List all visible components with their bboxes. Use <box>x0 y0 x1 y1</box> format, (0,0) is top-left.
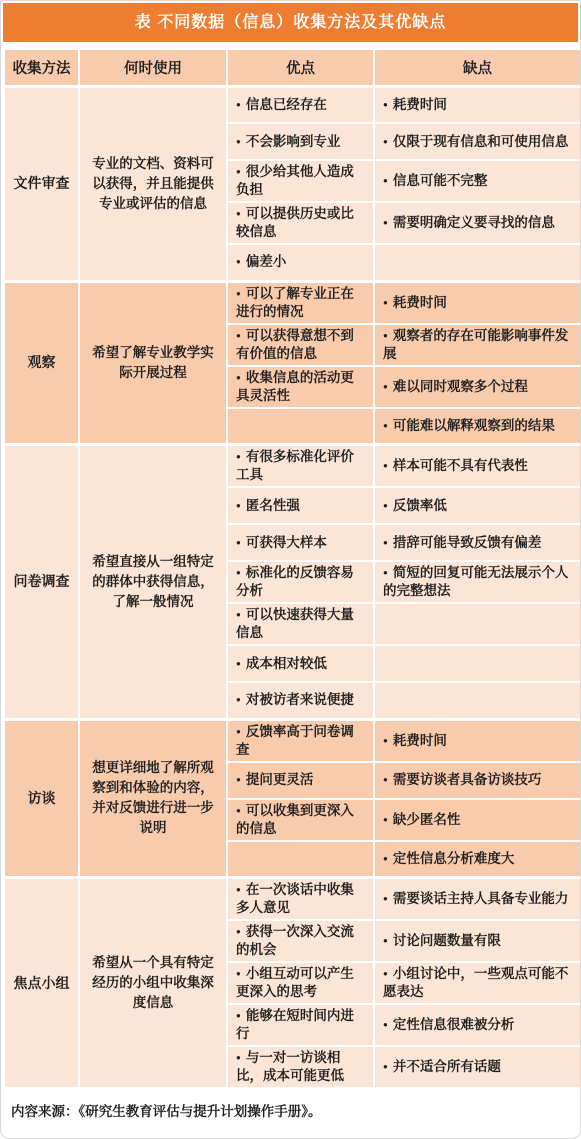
point-text: 有很多标准化评价工具 <box>236 449 354 482</box>
when-to-use-cell: 想更详细地了解所观察到和体验的内容，并对反馈进行进一步说明 <box>79 719 227 878</box>
point-text: 信息可能不完整 <box>393 173 488 188</box>
disadvantage-cell: ●定性信息很难被分析 <box>374 1004 581 1046</box>
disadvantage-cell <box>374 682 581 719</box>
bullet-icon: ● <box>236 253 241 271</box>
bullet-icon: ● <box>236 163 241 181</box>
when-to-use-cell: 希望了解专业教学实际开展过程 <box>79 281 227 445</box>
column-header-when-to-use: 何时使用 <box>79 49 227 86</box>
when-to-use-cell: 希望直接从一组特定的群体中获得信息，了解一般情况 <box>79 445 227 720</box>
point-text: 小组互动可以产生更深入的思考 <box>236 966 354 999</box>
disadvantage-cell: ●信息可能不完整 <box>374 160 581 202</box>
when-to-use-cell: 专业的文档、资料可以获得，并且能提供专业或评估的信息 <box>79 86 227 281</box>
bullet-icon: ● <box>236 96 241 114</box>
bullet-icon: ● <box>236 655 241 673</box>
advantage-cell: ●匿名性强 <box>227 487 374 524</box>
column-header-disadvantages: 缺点 <box>374 49 581 86</box>
advantage-cell: ●与一对一访谈相比，成本可能更低 <box>227 1046 374 1088</box>
when-to-use-cell: 希望从一个具有特定经历的小组中收集深度信息 <box>79 878 227 1089</box>
source-note: 内容来源：《研究生教育评估与提升计划操作手册》。 <box>1 1089 580 1138</box>
method-cell: 观察 <box>4 281 79 445</box>
bullet-icon: ● <box>383 417 388 435</box>
point-text: 并不适合所有话题 <box>393 1059 501 1074</box>
advantage-cell: ●不会影响到专业 <box>227 123 374 160</box>
bullet-icon: ● <box>383 378 388 396</box>
table-row: 文件审查专业的文档、资料可以获得，并且能提供专业或评估的信息●信息已经存在●耗费… <box>4 86 581 123</box>
point-text: 反馈率低 <box>393 498 447 513</box>
bullet-icon: ● <box>236 723 241 741</box>
disadvantage-cell: ●耗费时间 <box>374 86 581 123</box>
disadvantage-cell: ●简短的回复可能无法展示个人的完整想法 <box>374 561 581 603</box>
point-text: 样本可能不具有代表性 <box>393 458 528 473</box>
bullet-icon: ● <box>383 811 388 829</box>
bullet-icon: ● <box>236 923 241 941</box>
bullet-icon: ● <box>236 327 241 345</box>
point-text: 与一对一访谈相比，成本可能更低 <box>236 1050 344 1083</box>
point-text: 收集信息的活动更具灵活性 <box>236 370 354 403</box>
bullet-icon: ● <box>236 802 241 820</box>
point-text: 标准化的反馈容易分析 <box>236 565 354 598</box>
point-text: 很少给其他人造成负担 <box>236 164 354 197</box>
bullet-icon: ● <box>236 691 241 709</box>
bullet-icon: ● <box>383 534 388 552</box>
disadvantage-cell: ●定性信息分析难度大 <box>374 841 581 878</box>
method-cell: 访谈 <box>4 719 79 878</box>
point-text: 需要访谈者具备访谈技巧 <box>393 772 542 787</box>
bullet-icon: ● <box>383 771 388 789</box>
bullet-icon: ● <box>383 294 388 312</box>
bullet-icon: ● <box>236 497 241 515</box>
point-text: 可以了解专业正在进行的情况 <box>236 286 354 319</box>
bullet-icon: ● <box>236 771 241 789</box>
disadvantage-cell <box>374 645 581 682</box>
bullet-icon: ● <box>236 369 241 387</box>
point-text: 需要明确定义要寻找的信息 <box>393 215 555 230</box>
disadvantage-cell: ●反馈率低 <box>374 487 581 524</box>
disadvantage-cell: ●难以同时观察多个过程 <box>374 366 581 408</box>
bullet-icon: ● <box>383 1058 388 1076</box>
point-text: 对被访者来说便捷 <box>246 692 354 707</box>
bullet-icon: ● <box>236 285 241 303</box>
point-text: 难以同时观察多个过程 <box>393 379 528 394</box>
point-text: 措辞可能导致反馈有偏差 <box>393 535 542 550</box>
point-text: 不会影响到专业 <box>246 134 341 149</box>
table-row: 焦点小组希望从一个具有特定经历的小组中收集深度信息●在一次谈话中收集多人意见●需… <box>4 878 581 921</box>
advantage-cell: ●可以提供历史或比较信息 <box>227 202 374 244</box>
bullet-icon: ● <box>383 497 388 515</box>
point-text: 小组讨论中，一些观点可能不愿表达 <box>383 966 568 999</box>
point-text: 获得一次深入交流的机会 <box>236 924 354 957</box>
point-text: 耗费时间 <box>393 97 447 112</box>
disadvantage-cell: ●可能难以解释观察到的结果 <box>374 408 581 445</box>
point-text: 仅限于现有信息和可使用信息 <box>393 134 569 149</box>
point-text: 需要谈话主持人具备专业能力 <box>393 891 569 906</box>
bullet-icon: ● <box>236 1007 241 1025</box>
advantage-cell: ●可以收集到更深入的信息 <box>227 799 374 841</box>
bullet-icon: ● <box>236 881 241 899</box>
bullet-icon: ● <box>383 1016 388 1034</box>
bullet-icon: ● <box>383 172 388 190</box>
method-cell: 文件审查 <box>4 86 79 281</box>
point-text: 能够在短时间内进行 <box>236 1008 354 1041</box>
disadvantage-cell: ●观察者的存在可能影响事件发展 <box>374 324 581 366</box>
point-text: 可以获得意想不到有价值的信息 <box>236 328 354 361</box>
point-text: 可以快速获得大量信息 <box>236 607 354 640</box>
disadvantage-cell: ●耗费时间 <box>374 281 581 324</box>
disadvantage-cell <box>374 603 581 645</box>
advantage-cell: ●很少给其他人造成负担 <box>227 160 374 202</box>
method-cell: 焦点小组 <box>4 878 79 1089</box>
point-text: 可能难以解释观察到的结果 <box>393 418 555 433</box>
point-text: 耗费时间 <box>393 295 447 310</box>
bullet-icon: ● <box>236 564 241 582</box>
point-text: 讨论问题数量有限 <box>393 933 501 948</box>
disadvantage-cell: ●讨论问题数量有限 <box>374 920 581 962</box>
method-cell: 问卷调查 <box>4 445 79 720</box>
bullet-icon: ● <box>383 850 388 868</box>
bullet-icon: ● <box>236 534 241 552</box>
point-text: 耗费时间 <box>393 733 447 748</box>
disadvantage-cell <box>374 244 581 281</box>
advantage-cell: ●对被访者来说便捷 <box>227 682 374 719</box>
advantage-cell: ●反馈率高于问卷调查 <box>227 719 374 762</box>
advantage-cell: ●提问更灵活 <box>227 762 374 799</box>
bullet-icon: ● <box>236 1049 241 1067</box>
bullet-icon: ● <box>236 205 241 223</box>
advantage-cell <box>227 841 374 878</box>
disadvantage-cell: ●并不适合所有话题 <box>374 1046 581 1088</box>
advantage-cell: ●偏差小 <box>227 244 374 281</box>
disadvantage-cell: ●小组讨论中，一些观点可能不愿表达 <box>374 962 581 1004</box>
point-text: 反馈率高于问卷调查 <box>236 724 354 757</box>
table-card: 表 不同数据（信息）收集方法及其优缺点 收集方法 何时使用 优点 缺点 文件审查… <box>0 0 581 1139</box>
advantage-cell: ●有很多标准化评价工具 <box>227 445 374 488</box>
table-title: 表 不同数据（信息）收集方法及其优缺点 <box>3 3 578 42</box>
advantage-cell <box>227 408 374 445</box>
point-text: 偏差小 <box>246 254 287 269</box>
disadvantage-cell: ●仅限于现有信息和可使用信息 <box>374 123 581 160</box>
column-header-advantages: 优点 <box>227 49 374 86</box>
point-text: 可以收集到更深入的信息 <box>236 803 354 836</box>
table-body: 文件审查专业的文档、资料可以获得，并且能提供专业或评估的信息●信息已经存在●耗费… <box>4 86 581 1088</box>
point-text: 简短的回复可能无法展示个人的完整想法 <box>383 565 568 598</box>
point-text: 定性信息很难被分析 <box>393 1017 515 1032</box>
advantage-cell: ●可以获得意想不到有价值的信息 <box>227 324 374 366</box>
point-text: 缺少匿名性 <box>393 812 461 827</box>
disadvantage-cell: ●措辞可能导致反馈有偏差 <box>374 524 581 561</box>
table-row: 访谈想更详细地了解所观察到和体验的内容，并对反馈进行进一步说明●反馈率高于问卷调… <box>4 719 581 762</box>
advantage-cell: ●在一次谈话中收集多人意见 <box>227 878 374 921</box>
data-collection-methods-table: 收集方法 何时使用 优点 缺点 文件审查专业的文档、资料可以获得，并且能提供专业… <box>3 48 581 1089</box>
point-text: 提问更灵活 <box>246 772 314 787</box>
point-text: 成本相对较低 <box>246 656 327 671</box>
disadvantage-cell: ●需要访谈者具备访谈技巧 <box>374 762 581 799</box>
bullet-icon: ● <box>383 214 388 232</box>
bullet-icon: ● <box>383 732 388 750</box>
bullet-icon: ● <box>236 965 241 983</box>
disadvantage-cell: ●需要明确定义要寻找的信息 <box>374 202 581 244</box>
point-text: 定性信息分析难度大 <box>393 851 515 866</box>
advantage-cell: ●成本相对较低 <box>227 645 374 682</box>
advantage-cell: ●收集信息的活动更具灵活性 <box>227 366 374 408</box>
advantage-cell: ●信息已经存在 <box>227 86 374 123</box>
disadvantage-cell: ●缺少匿名性 <box>374 799 581 841</box>
table-row: 观察希望了解专业教学实际开展过程●可以了解专业正在进行的情况●耗费时间 <box>4 281 581 324</box>
point-text: 可以提供历史或比较信息 <box>236 206 354 239</box>
bullet-icon: ● <box>383 932 388 950</box>
bullet-icon: ● <box>383 564 388 582</box>
bullet-icon: ● <box>236 133 241 151</box>
bullet-icon: ● <box>236 448 241 466</box>
advantage-cell: ●获得一次深入交流的机会 <box>227 920 374 962</box>
table-row: 问卷调查希望直接从一组特定的群体中获得信息，了解一般情况●有很多标准化评价工具●… <box>4 445 581 488</box>
point-text: 观察者的存在可能影响事件发展 <box>383 328 568 361</box>
bullet-icon: ● <box>383 133 388 151</box>
advantage-cell: ●能够在短时间内进行 <box>227 1004 374 1046</box>
point-text: 可获得大样本 <box>246 535 327 550</box>
point-text: 在一次谈话中收集多人意见 <box>236 882 354 915</box>
bullet-icon: ● <box>383 457 388 475</box>
bullet-icon: ● <box>383 890 388 908</box>
bullet-icon: ● <box>383 96 388 114</box>
advantage-cell: ●小组互动可以产生更深入的思考 <box>227 962 374 1004</box>
point-text: 匿名性强 <box>246 498 300 513</box>
advantage-cell: ●可以了解专业正在进行的情况 <box>227 281 374 324</box>
point-text: 信息已经存在 <box>246 97 327 112</box>
header-row: 收集方法 何时使用 优点 缺点 <box>4 49 581 86</box>
advantage-cell: ●标准化的反馈容易分析 <box>227 561 374 603</box>
disadvantage-cell: ●耗费时间 <box>374 719 581 762</box>
advantage-cell: ●可以快速获得大量信息 <box>227 603 374 645</box>
disadvantage-cell: ●样本可能不具有代表性 <box>374 445 581 488</box>
bullet-icon: ● <box>383 965 388 983</box>
bullet-icon: ● <box>236 606 241 624</box>
disadvantage-cell: ●需要谈话主持人具备专业能力 <box>374 878 581 921</box>
advantage-cell: ●可获得大样本 <box>227 524 374 561</box>
bullet-icon: ● <box>383 327 388 345</box>
column-header-method: 收集方法 <box>4 49 79 86</box>
